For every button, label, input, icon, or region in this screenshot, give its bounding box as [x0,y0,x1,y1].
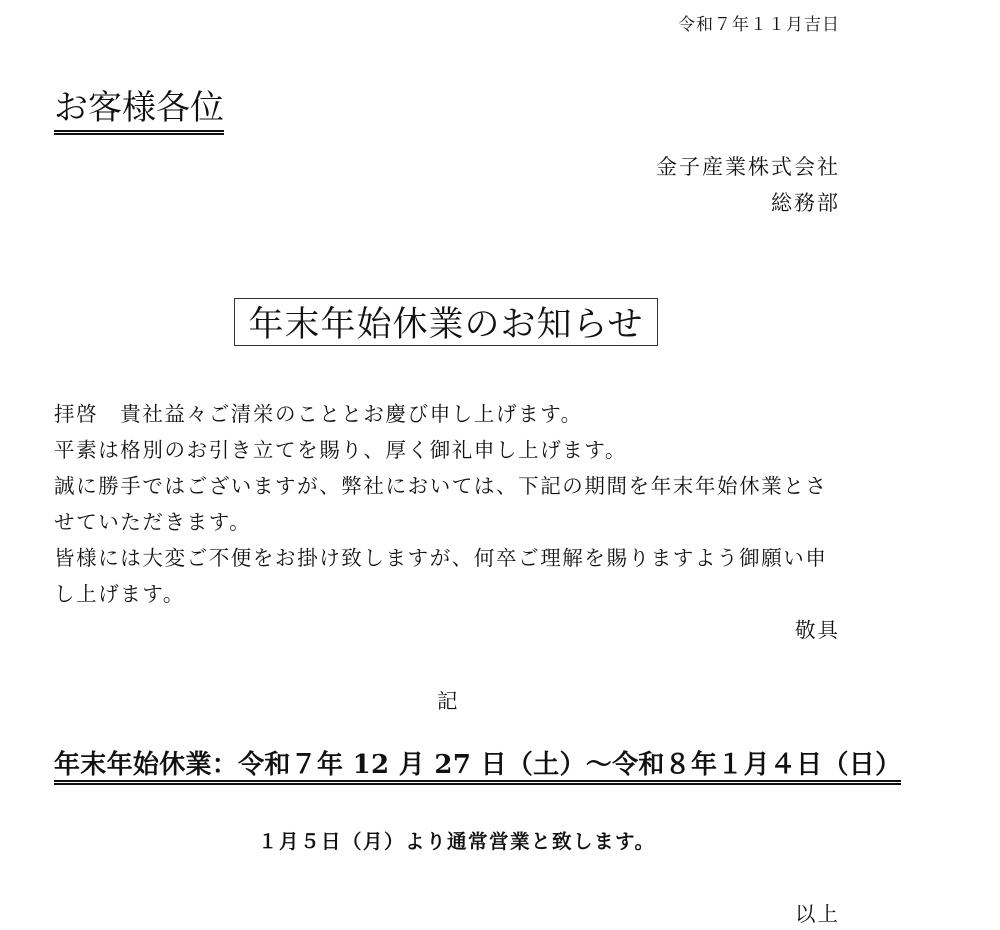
body-line: 誠に勝手ではございますが、弊社においては、下記の期間を年末年始休業とさ [54,468,844,504]
recipient-heading: お客様各位 [54,88,224,135]
end-mark: 以上 [795,897,840,927]
letter-body: 拝啓 貴社益々ご清栄のこととお慶び申し上げます。 平素は格別のお引き立てを賜り、… [54,396,844,612]
ki-marker: 記 [437,684,458,714]
body-line: せていただきます。 [54,504,844,540]
body-line: し上げます。 [54,576,844,612]
sender-company: 金子産業株式会社 [656,151,840,181]
closing-keigu: 敬具 [795,613,840,643]
body-line: 皆様には大変ご不便をお掛け致しますが、何卒ご理解を賜りますよう御願い申 [54,540,844,576]
notice-title-box: 年末年始休業のお知らせ [234,298,658,346]
resume-notice: １月５日（月）より通常営業と致します。 [258,826,655,854]
document-date: 令和７年１１月吉日 [678,10,840,35]
sender-department: 総務部 [771,187,840,217]
notice-title: 年末年始休業のお知らせ [249,297,644,347]
body-line: 拝啓 貴社益々ご清栄のこととお慶び申し上げます。 [54,396,844,432]
holiday-period: 年末年始休業：令和７年 12 月 27 日（土）～令和８年１月４日（日） [54,750,901,785]
body-line: 平素は格別のお引き立てを賜り、厚く御礼申し上げます。 [54,432,844,468]
